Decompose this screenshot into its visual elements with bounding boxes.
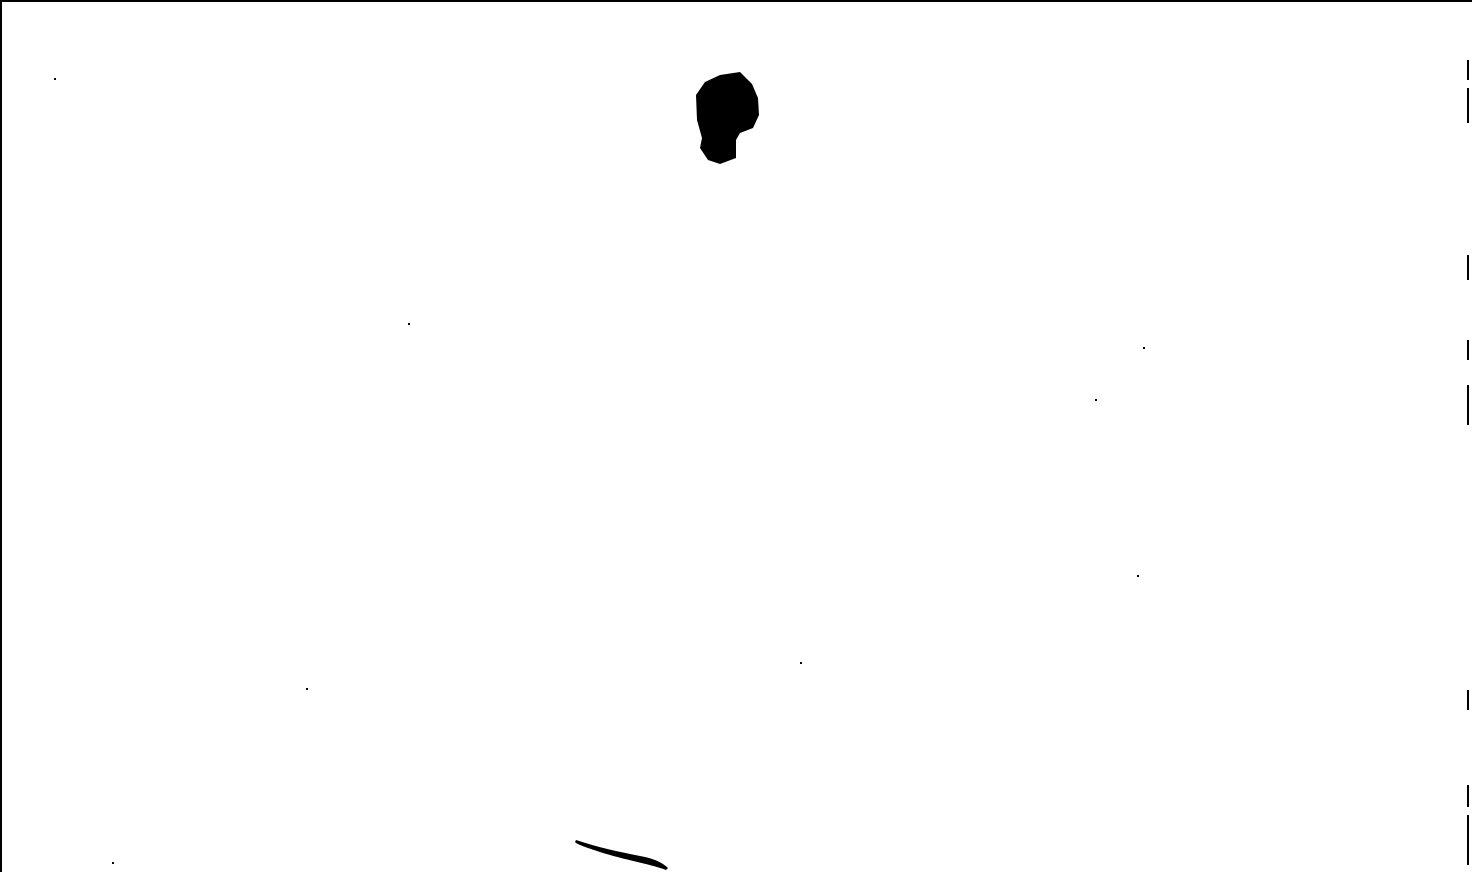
scanned-page <box>0 0 1472 872</box>
pen-stroke <box>575 840 668 870</box>
speck <box>306 688 308 690</box>
speck <box>1095 399 1097 401</box>
speck <box>800 662 802 664</box>
ink-marks <box>0 0 1472 872</box>
ink-blot <box>696 72 759 164</box>
speck <box>1137 575 1139 577</box>
speck <box>408 323 410 325</box>
speck <box>1143 347 1145 349</box>
speck <box>112 862 114 864</box>
speck <box>54 78 56 80</box>
